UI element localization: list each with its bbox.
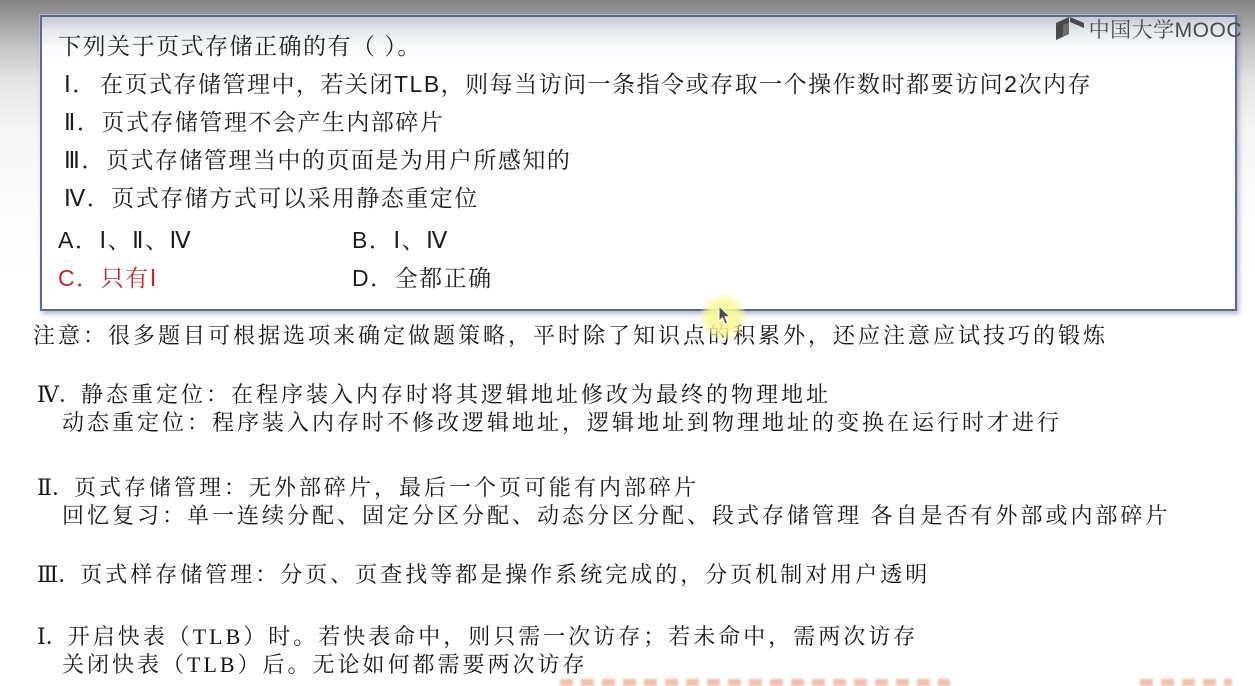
note-group-i-line2: 关闭快表（TLB）后。无论如何都需要两次访存 [37,651,918,679]
statement-2: Ⅱ．页式存储管理不会产生内部碎片 [58,103,1225,141]
option-b: B．Ⅰ、Ⅳ [352,221,1225,259]
option-c: C．只有Ⅰ [58,259,352,297]
answer-options: A．Ⅰ、Ⅱ、Ⅳ B．Ⅰ、Ⅳ C．只有Ⅰ D．全都正确 [58,221,1225,297]
statement-3-numeral: Ⅲ． [64,141,106,179]
statement-1-numeral: Ⅰ． [64,65,100,103]
note-group-iv-numeral: Ⅳ． [37,381,81,409]
statement-4: Ⅳ．页式存储方式可以采用静态重定位 [58,179,1225,217]
video-slide: 下列关于页式存储正确的有（ ）。 Ⅰ．在页式存储管理中，若关闭TLB，则每当访问… [0,0,1255,686]
note-group-ii-line1: Ⅱ．页式存储管理：无外部碎片，最后一个页可能有内部碎片 [37,474,1171,502]
statement-3: Ⅲ．页式存储管理当中的页面是为用户所感知的 [58,141,1225,179]
mooc-logo-icon [1055,16,1085,42]
note-text: 开启快表（TLB）时。若快表命中，则只需一次访存；若未命中，需两次访存 [68,624,919,649]
option-d: D．全都正确 [352,259,1225,297]
statement-4-numeral: Ⅳ． [64,179,111,217]
clipped-text-fragment [560,679,950,686]
note-text: 静态重定位：在程序装入内存时将其逻辑地址修改为最终的物理地址 [81,382,831,407]
statement-2-numeral: Ⅱ． [64,103,101,141]
note-text: 页式存储管理：无外部碎片，最后一个页可能有内部碎片 [74,475,699,500]
option-a: A．Ⅰ、Ⅱ、Ⅳ [58,221,352,259]
statement-1: Ⅰ．在页式存储管理中，若关闭TLB，则每当访问一条指令或存取一个操作数时都要访问… [58,65,1225,103]
question-box: 下列关于页式存储正确的有（ ）。 Ⅰ．在页式存储管理中，若关闭TLB，则每当访问… [40,15,1237,311]
note-group-iv-line2: 动态重定位：程序装入内存时不修改逻辑地址，逻辑地址到物理地址的变换在运行时才进行 [37,409,1062,437]
clipped-text-fragment [1140,679,1232,686]
note-group-iv: Ⅳ．静态重定位：在程序装入内存时将其逻辑地址修改为最终的物理地址 动态重定位：程… [37,381,1062,437]
mouse-cursor-icon [718,306,732,330]
note-group-i-line1: Ⅰ．开启快表（TLB）时。若快表命中，则只需一次访存；若未命中，需两次访存 [37,623,918,651]
mooc-logo: 中国大学MOOC [1055,14,1242,44]
note-group-iv-line1: Ⅳ．静态重定位：在程序装入内存时将其逻辑地址修改为最终的物理地址 [37,381,1062,409]
statement-2-text: 页式存储管理不会产生内部碎片 [101,109,444,135]
mooc-logo-text: 中国大学MOOC [1089,14,1242,44]
note-group-ii: Ⅱ．页式存储管理：无外部碎片，最后一个页可能有内部碎片 回忆复习：单一连续分配、… [37,474,1171,530]
note-group-i: Ⅰ．开启快表（TLB）时。若快表命中，则只需一次访存；若未命中，需两次访存 关闭… [37,623,918,679]
note-group-i-numeral: Ⅰ． [37,623,68,651]
note-group-iii-line1: Ⅲ．页式样存储管理：分页、页查找等都是操作系统完成的，分页机制对用户透明 [37,561,930,589]
note-text: 页式样存储管理：分页、页查找等都是操作系统完成的，分页机制对用户透明 [80,562,930,587]
note-attention: 注意：很多题目可根据选项来确定做题策略，平时除了知识点的积累外，还应注意应试技巧… [33,322,1108,350]
statement-3-text: 页式存储管理当中的页面是为用户所感知的 [106,147,572,173]
note-group-iii: Ⅲ．页式样存储管理：分页、页查找等都是操作系统完成的，分页机制对用户透明 [37,561,930,589]
statement-4-text: 页式存储方式可以采用静态重定位 [111,185,479,211]
question-title: 下列关于页式存储正确的有（ ）。 [58,27,1225,65]
note-group-ii-numeral: Ⅱ． [37,474,74,502]
note-group-ii-line2: 回忆复习：单一连续分配、固定分区分配、动态分区分配、段式存储管理 各自是否有外部… [37,502,1171,530]
note-group-iii-numeral: Ⅲ． [37,561,80,589]
statement-1-text: 在页式存储管理中，若关闭TLB，则每当访问一条指令或存取一个操作数时都要访问2次… [100,71,1092,97]
